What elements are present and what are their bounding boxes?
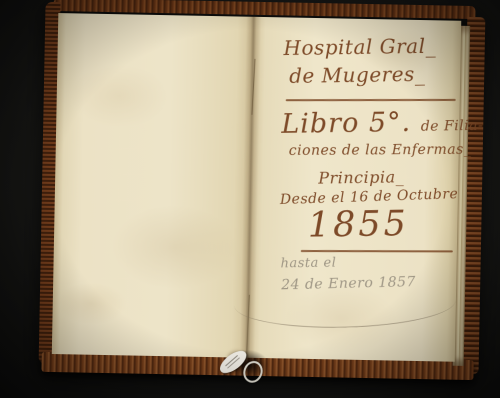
line-principia: Principia_ <box>318 167 404 187</box>
ink-rule-bottom <box>301 250 453 252</box>
ink-rule-top <box>286 99 456 101</box>
title-line-hospital: Hospital Gral_ <box>267 33 453 60</box>
libro-subject: de Filia- <box>421 118 484 135</box>
title-line-ciones: ciones de las Enfermas_ <box>289 142 472 159</box>
year-1855: 1855 <box>293 204 424 246</box>
tag-illegible-writing <box>225 355 238 366</box>
left-blank-page <box>52 13 254 358</box>
pencil-note-date: 24 de Enero 1857 <box>281 274 416 293</box>
title-line-mugeres: de Mugeres_ <box>272 61 442 88</box>
photo-background: Hospital Gral_ de Mugeres_ Libro 5°. de … <box>0 0 500 398</box>
open-pages: Hospital Gral_ de Mugeres_ Libro 5°. de … <box>52 13 461 362</box>
pencil-note-hasta: hasta el <box>280 255 336 271</box>
title-line-libro: Libro 5°. de Filia- <box>281 106 483 140</box>
libro-number: Libro 5°. <box>281 107 411 140</box>
book: Hospital Gral_ de Mugeres_ Libro 5°. de … <box>38 0 485 380</box>
